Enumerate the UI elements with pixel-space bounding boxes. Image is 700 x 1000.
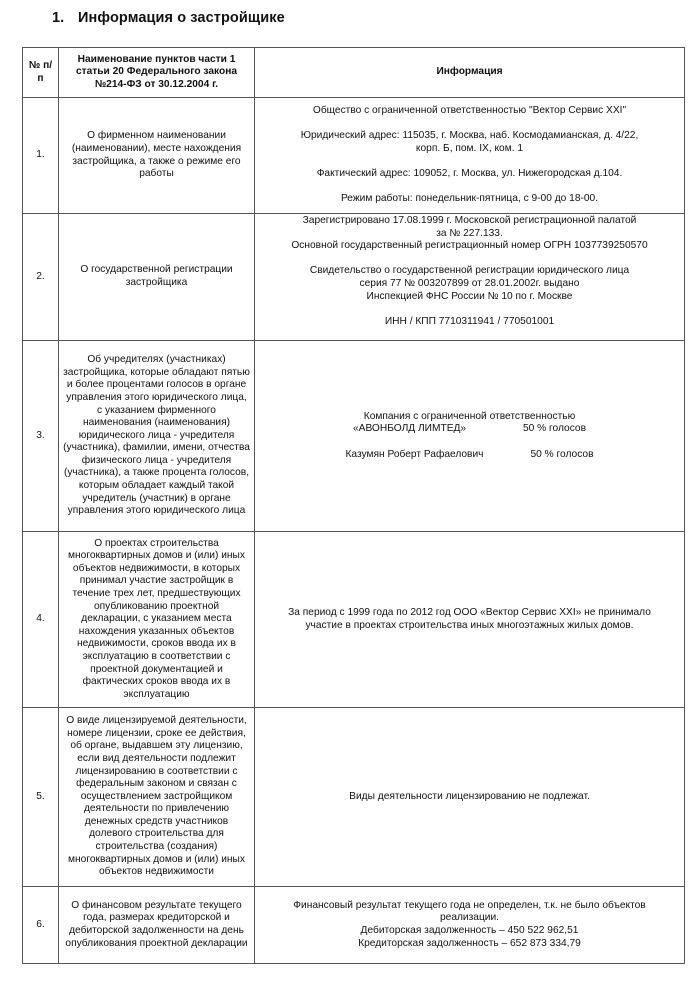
founder-1: «АВОНБОЛД ЛИМТЕД»50 % голосов xyxy=(259,423,680,436)
table-row: 5. О виде лицензируемой деятельности, но… xyxy=(23,708,685,887)
receivables: Дебиторская задолженность – 450 522 962,… xyxy=(273,925,666,938)
legal-address-cont: корп. Б, пом. IX, ком. 1 xyxy=(259,143,680,156)
row-number: 4. xyxy=(23,532,59,708)
certificate: Свидетельство о государственной регистра… xyxy=(259,265,680,278)
row-number: 3. xyxy=(23,341,59,532)
founder-2-name: Казумян Роберт Рафаелович xyxy=(346,449,531,462)
row-number: 6. xyxy=(23,887,59,964)
inn-kpp: ИНН / КПП 7710311941 / 770501001 xyxy=(259,316,680,329)
license-text: Виды деятельности лицензированию не подл… xyxy=(259,791,680,804)
table-row: 3. Об учредителях (участниках) застройщи… xyxy=(23,341,685,532)
row-item: О виде лицензируемой деятельности, номер… xyxy=(59,708,255,887)
row-info: За период с 1999 года по 2012 год ООО «В… xyxy=(255,532,685,708)
projects-text: За период с 1999 года по 2012 год ООО «В… xyxy=(273,607,666,632)
row-item: Об учредителях (участниках) застройщика,… xyxy=(59,341,255,532)
section-title: 1.Информация о застройщике xyxy=(52,10,285,26)
row-info: Финансовый результат текущего года не оп… xyxy=(255,887,685,964)
founder-2: Казумян Роберт Рафаелович50 % голосов xyxy=(259,449,680,462)
founder-1-type: Компания с ограниченной ответственностью xyxy=(259,411,680,424)
row-info: Зарегистрировано 17.08.1999 г. Московско… xyxy=(255,214,685,341)
table-row: 2. О государственной регистрации застрой… xyxy=(23,214,685,341)
legal-address: Юридический адрес: 115035, г. Москва, на… xyxy=(259,130,680,143)
header-item: Наименование пунктов части 1 статьи 20 Ф… xyxy=(59,48,255,98)
row-info: Виды деятельности лицензированию не подл… xyxy=(255,708,685,887)
registration-number: за № 227.133. xyxy=(259,228,680,241)
row-item: О проектах строительства многоквартирных… xyxy=(59,532,255,708)
row-item: О государственной регистрации застройщик… xyxy=(59,214,255,341)
actual-address: Фактический адрес: 109052, г. Москва, ул… xyxy=(259,168,680,181)
row-number: 1. xyxy=(23,98,59,214)
row-item: О фирменном наименовании (наименовании),… xyxy=(59,98,255,214)
table-row: 6. О финансовом результате текущего года… xyxy=(23,887,685,964)
table-header-row: № п/п Наименование пунктов части 1 стать… xyxy=(23,48,685,98)
company-name: Общество с ограниченной ответственностью… xyxy=(259,105,680,118)
working-hours: Режим работы: понедельник-пятница, с 9-0… xyxy=(259,193,680,206)
developer-info-table: № п/п Наименование пунктов части 1 стать… xyxy=(22,47,685,964)
payables: Кредиторская задолженность – 652 873 334… xyxy=(273,938,666,951)
certificate-series: серия 77 № 003207899 от 28.01.2002г. выд… xyxy=(259,278,680,291)
registration: Зарегистрировано 17.08.1999 г. Московско… xyxy=(259,215,680,228)
founder-2-share: 50 % голосов xyxy=(531,449,594,460)
row-number: 2. xyxy=(23,214,59,341)
founder-1-name: «АВОНБОЛД ЛИМТЕД» xyxy=(353,423,523,436)
ogrn: Основной государственный регистрационный… xyxy=(259,240,680,253)
founder-1-share: 50 % голосов xyxy=(523,423,586,434)
table-row: 1. О фирменном наименовании (наименовани… xyxy=(23,98,685,214)
row-item: О финансовом результате текущего года, р… xyxy=(59,887,255,964)
header-info: Информация xyxy=(255,48,685,98)
section-number: 1. xyxy=(52,10,78,26)
row-info: Общество с ограниченной ответственностью… xyxy=(255,98,685,214)
row-number: 5. xyxy=(23,708,59,887)
financial-result: Финансовый результат текущего года не оп… xyxy=(273,900,666,925)
table-row: 4. О проектах строительства многоквартир… xyxy=(23,532,685,708)
certificate-issuer: Инспекцией ФНС России № 10 по г. Москве xyxy=(259,291,680,304)
section-title-text: Информация о застройщике xyxy=(78,10,285,26)
header-num: № п/п xyxy=(23,48,59,98)
row-info: Компания с ограниченной ответственностью… xyxy=(255,341,685,532)
